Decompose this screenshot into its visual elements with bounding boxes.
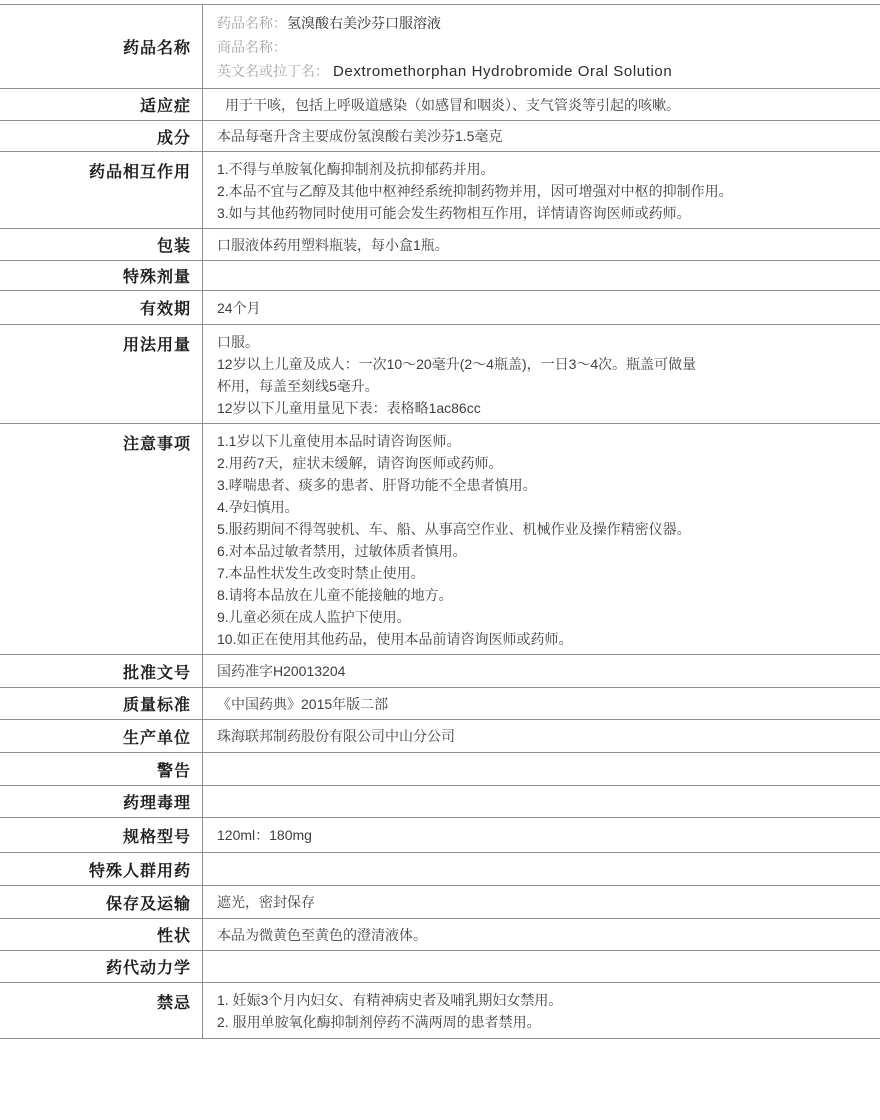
row-label: 有效期 xyxy=(0,291,203,324)
row-content xyxy=(203,786,880,817)
row-content: 1.1岁以下儿童使用本品时请咨询医师。 2.用药7天，症状未缓解，请咨询医师或药… xyxy=(203,424,880,654)
row-content xyxy=(203,261,880,290)
content-line: 6.对本品过敏者禁用，过敏体质者慎用。 xyxy=(217,540,856,562)
content-line: 120ml：180mg xyxy=(217,824,856,846)
content-line: 口服。 xyxy=(217,331,856,353)
row-label: 特殊人群用药 xyxy=(0,853,203,885)
row-content: 《中国药典》2015年版二部 xyxy=(203,688,880,719)
row-content: 本品每毫升含主要成份氢溴酸右美沙芬1.5毫克 xyxy=(203,121,880,151)
table-row-quality-standard: 质量标准 《中国药典》2015年版二部 xyxy=(0,688,880,720)
row-label: 成分 xyxy=(0,121,203,151)
row-content: 口服液体药用塑料瓶装，每小盒1瓶。 xyxy=(203,229,880,260)
table-row-drug-interactions: 药品相互作用 1.不得与单胺氧化酶抑制剂及抗抑郁药并用。 2.本品不宜与乙醇及其… xyxy=(0,152,880,229)
row-content: 1. 妊娠3个月内妇女、有精神病史者及哺乳期妇女禁用。 2. 服用单胺氧化酶抑制… xyxy=(203,983,880,1038)
content-line: 10.如正在使用其他药品，使用本品前请咨询医师或药师。 xyxy=(217,628,856,650)
table-row-precautions: 注意事项 1.1岁以下儿童使用本品时请咨询医师。 2.用药7天，症状未缓解，请咨… xyxy=(0,424,880,655)
content-line: 1.不得与单胺氧化酶抑制剂及抗抑郁药并用。 xyxy=(217,158,856,180)
content-line: 2.用药7天，症状未缓解，请咨询医师或药师。 xyxy=(217,452,856,474)
row-label: 特殊剂量 xyxy=(0,261,203,290)
row-content: 口服。 12岁以上儿童及成人：一次10～20毫升(2～4瓶盖)，一日3～4次。瓶… xyxy=(203,325,880,423)
table-row-manufacturer: 生产单位 珠海联邦制药股份有限公司中山分公司 xyxy=(0,720,880,753)
row-label: 药品相互作用 xyxy=(0,152,203,228)
row-content xyxy=(203,951,880,982)
content-line: 药品名称：氢溴酸右美沙芬口服溶液 xyxy=(217,11,856,35)
row-content: 24个月 xyxy=(203,291,880,324)
content-line: 5.服药期间不得驾驶机、车、船、从事高空作业、机械作业及操作精密仪器。 xyxy=(217,518,856,540)
content-line: 3.如与其他药物同时使用可能会发生药物相互作用，详情请咨询医师或药师。 xyxy=(217,202,856,224)
row-label: 批准文号 xyxy=(0,655,203,687)
table-row-packaging: 包装 口服液体药用塑料瓶装，每小盒1瓶。 xyxy=(0,229,880,261)
row-label: 规格型号 xyxy=(0,818,203,852)
content-line: 2. 服用单胺氧化酶抑制剂停药不满两周的患者禁用。 xyxy=(217,1011,856,1033)
table-row-drug-name: 药品名称 药品名称：氢溴酸右美沙芬口服溶液 商品名称： 英文名或拉丁名：Dext… xyxy=(0,5,880,89)
field-key: 英文名或拉丁名： xyxy=(217,63,329,79)
table-row-indications: 适应症 用于干咳，包括上呼吸道感染（如感冒和咽炎）、支气管炎等引起的咳嗽。 xyxy=(0,89,880,121)
drug-info-sheet: 药品名称 药品名称：氢溴酸右美沙芬口服溶液 商品名称： 英文名或拉丁名：Dext… xyxy=(0,4,880,1120)
row-content: 1.不得与单胺氧化酶抑制剂及抗抑郁药并用。 2.本品不宜与乙醇及其他中枢神经系统… xyxy=(203,152,880,228)
table-row-dosage-administration: 用法用量 口服。 12岁以上儿童及成人：一次10～20毫升(2～4瓶盖)，一日3… xyxy=(0,325,880,424)
content-line: 12岁以上儿童及成人：一次10～20毫升(2～4瓶盖)，一日3～4次。瓶盖可做量 xyxy=(217,353,856,375)
row-content: 120ml：180mg xyxy=(203,818,880,852)
content-line: 珠海联邦制药股份有限公司中山分公司 xyxy=(217,725,856,747)
row-label: 质量标准 xyxy=(0,688,203,719)
table-row-contraindications: 禁忌 1. 妊娠3个月内妇女、有精神病史者及哺乳期妇女禁用。 2. 服用单胺氧化… xyxy=(0,983,880,1039)
row-label: 保存及运输 xyxy=(0,886,203,918)
table-row-special-dosage: 特殊剂量 xyxy=(0,261,880,291)
content-line: 英文名或拉丁名：Dextromethorphan Hydrobromide Or… xyxy=(217,59,856,84)
row-label: 禁忌 xyxy=(0,983,203,1038)
content-line: 9.儿童必须在成人监护下使用。 xyxy=(217,606,856,628)
content-line: 7.本品性状发生改变时禁止使用。 xyxy=(217,562,856,584)
table-row-approval-number: 批准文号 国药准字H20013204 xyxy=(0,655,880,688)
content-line: 口服液体药用塑料瓶装，每小盒1瓶。 xyxy=(217,234,856,256)
field-value: 氢溴酸右美沙芬口服溶液 xyxy=(287,15,441,31)
row-label: 药理毒理 xyxy=(0,786,203,817)
content-line: 1.1岁以下儿童使用本品时请咨询医师。 xyxy=(217,430,856,452)
table-row-storage-transport: 保存及运输 遮光，密封保存 xyxy=(0,886,880,919)
content-line: 8.请将本品放在儿童不能接触的地方。 xyxy=(217,584,856,606)
content-line: 4.孕妇慎用。 xyxy=(217,496,856,518)
drug-info-table: 药品名称 药品名称：氢溴酸右美沙芬口服溶液 商品名称： 英文名或拉丁名：Dext… xyxy=(0,4,880,1039)
content-line: 3.哮喘患者、痰多的患者、肝肾功能不全患者慎用。 xyxy=(217,474,856,496)
content-line: 本品为微黄色至黄色的澄清液体。 xyxy=(217,924,856,946)
content-line: 24个月 xyxy=(217,297,856,319)
row-content: 药品名称：氢溴酸右美沙芬口服溶液 商品名称： 英文名或拉丁名：Dextromet… xyxy=(203,5,880,88)
row-content: 遮光，密封保存 xyxy=(203,886,880,918)
table-row-shelf-life: 有效期 24个月 xyxy=(0,291,880,325)
content-line: 本品每毫升含主要成份氢溴酸右美沙芬1.5毫克 xyxy=(217,125,856,147)
field-value: Dextromethorphan Hydrobromide Oral Solut… xyxy=(329,63,672,80)
row-label: 用法用量 xyxy=(0,325,203,423)
row-label: 包装 xyxy=(0,229,203,260)
content-line: 2.本品不宜与乙醇及其他中枢神经系统抑制药物并用，因可增强对中枢的抑制作用。 xyxy=(217,180,856,202)
table-row-pharmacokinetics: 药代动力学 xyxy=(0,951,880,983)
row-content: 用于干咳，包括上呼吸道感染（如感冒和咽炎）、支气管炎等引起的咳嗽。 xyxy=(203,89,880,120)
row-content: 本品为微黄色至黄色的澄清液体。 xyxy=(203,919,880,950)
table-row-warning: 警告 xyxy=(0,753,880,786)
field-key: 商品名称： xyxy=(217,39,287,55)
content-line: 《中国药典》2015年版二部 xyxy=(217,693,856,715)
row-content: 珠海联邦制药股份有限公司中山分公司 xyxy=(203,720,880,752)
table-row-ingredients: 成分 本品每毫升含主要成份氢溴酸右美沙芬1.5毫克 xyxy=(0,121,880,152)
row-label: 适应症 xyxy=(0,89,203,120)
table-row-specification: 规格型号 120ml：180mg xyxy=(0,818,880,853)
content-line: 杯用，每盖至刻线5毫升。 xyxy=(217,375,856,397)
field-key: 药品名称： xyxy=(217,15,287,31)
row-label: 注意事项 xyxy=(0,424,203,654)
content-line: 遮光，密封保存 xyxy=(217,891,856,913)
content-line: 国药准字H20013204 xyxy=(217,660,856,682)
row-content xyxy=(203,753,880,785)
content-line: 12岁以下儿童用量见下表：表格略1ac86cc xyxy=(217,397,856,419)
table-row-special-populations: 特殊人群用药 xyxy=(0,853,880,886)
row-content: 国药准字H20013204 xyxy=(203,655,880,687)
content-line: 用于干咳，包括上呼吸道感染（如感冒和咽炎）、支气管炎等引起的咳嗽。 xyxy=(217,94,856,116)
table-row-pharmacology-toxicology: 药理毒理 xyxy=(0,786,880,818)
row-content xyxy=(203,853,880,885)
content-line: 1. 妊娠3个月内妇女、有精神病史者及哺乳期妇女禁用。 xyxy=(217,989,856,1011)
row-label: 生产单位 xyxy=(0,720,203,752)
row-label: 药品名称 xyxy=(0,5,203,88)
content-line: 商品名称： xyxy=(217,35,856,59)
table-row-description: 性状 本品为微黄色至黄色的澄清液体。 xyxy=(0,919,880,951)
row-label: 性状 xyxy=(0,919,203,950)
row-label: 药代动力学 xyxy=(0,951,203,982)
row-label: 警告 xyxy=(0,753,203,785)
